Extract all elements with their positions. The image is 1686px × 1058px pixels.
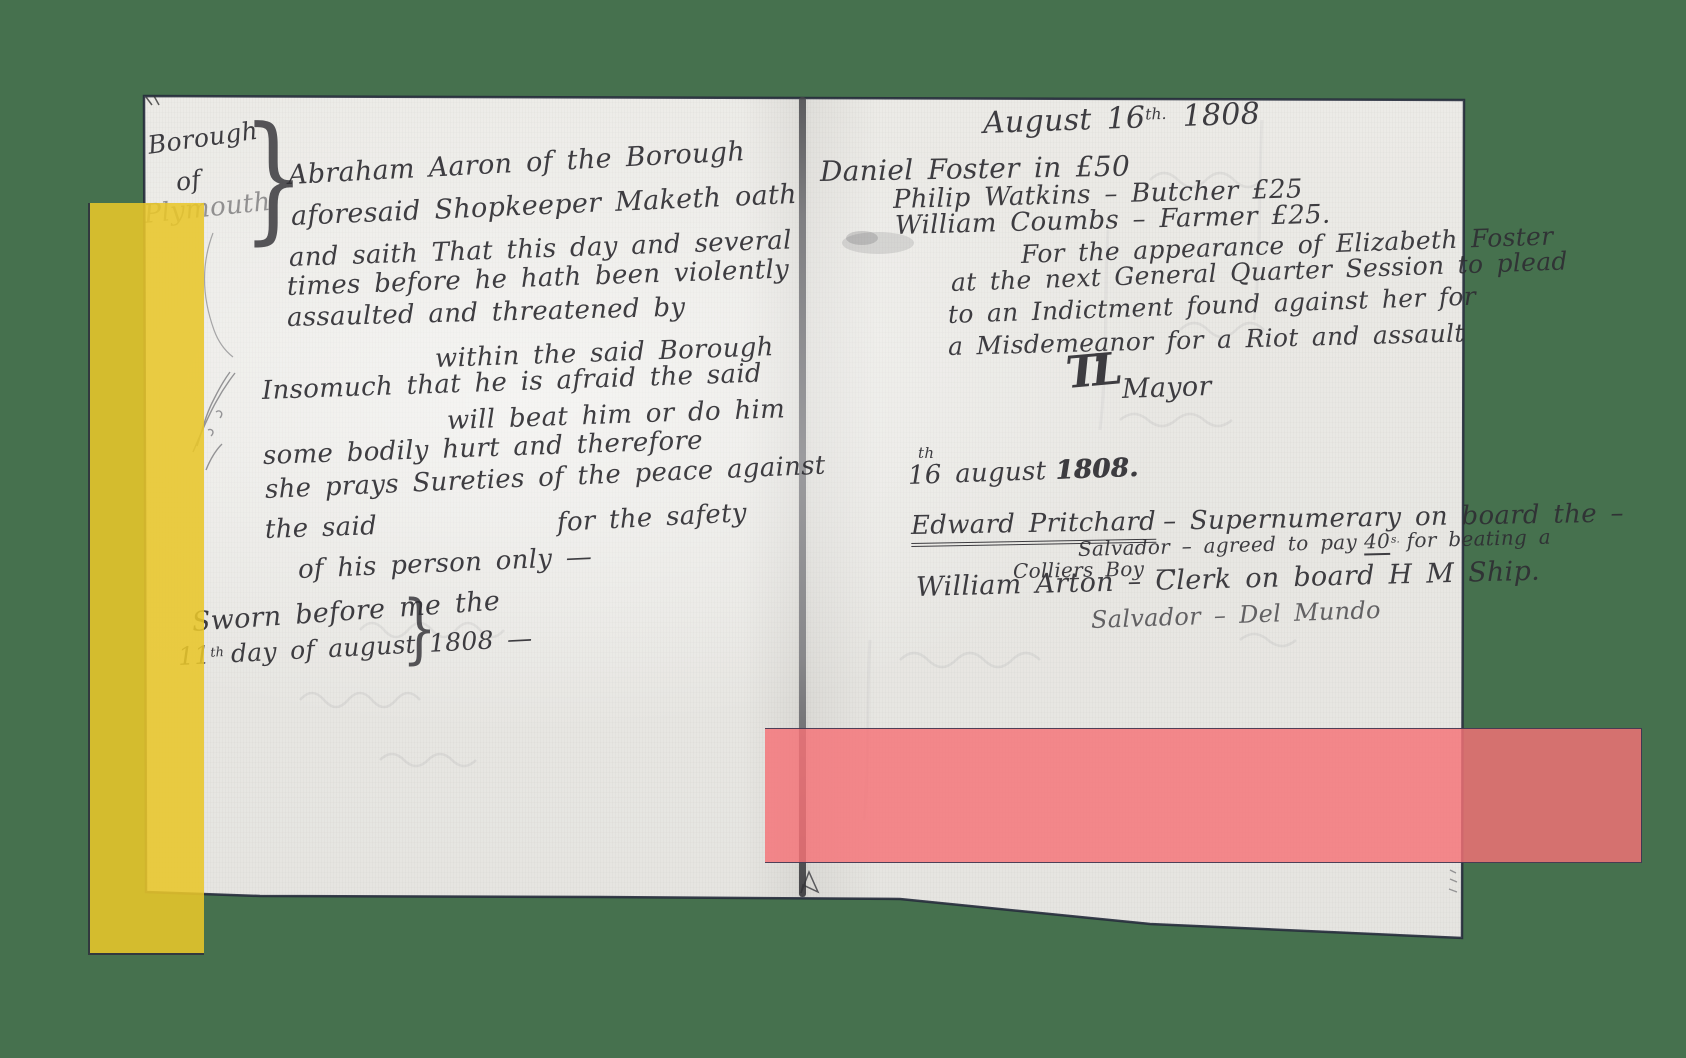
- entry2-date-year: 1808.: [1055, 453, 1139, 486]
- date-header-year: 1808: [1182, 96, 1261, 134]
- pink-overlay-rect: [765, 728, 1642, 863]
- entry2-subject2: William Arton – Clerk on board H M Ship.: [916, 556, 1541, 603]
- margin-place-line2: of: [174, 165, 203, 197]
- date-header: August 16th.1808: [982, 96, 1260, 141]
- date-header-prefix: August 16: [982, 100, 1145, 141]
- entry2-note-amount: 40: [1364, 529, 1391, 556]
- archival-document-canvas: Borough of Plymouth } Abraham Aaron of t…: [0, 0, 1686, 1058]
- entry2-note-post: for beating a: [1406, 525, 1551, 553]
- oath-line-13: of his person only —: [297, 542, 592, 585]
- entry2-note-amount-sup: s.: [1391, 533, 1400, 545]
- entry2-date: 16 august1808.: [907, 453, 1138, 491]
- handwriting-layer: Borough of Plymouth } Abraham Aaron of t…: [0, 0, 1686, 1058]
- mayor-monogram: TL: [1064, 344, 1118, 399]
- oath-line-12: for the safety: [556, 498, 747, 538]
- jurat-day-ordinal: th: [210, 645, 224, 661]
- date-header-ordinal: th.: [1145, 105, 1167, 124]
- entry2-subject2-note: Salvador – Del Mundo: [1091, 596, 1382, 634]
- entry2-date-text: 16 august: [907, 456, 1046, 491]
- yellow-overlay-rect: [88, 203, 204, 955]
- mayor-title: Mayor: [1121, 371, 1212, 405]
- oath-line-1: Abraham Aaron of the Borough: [287, 136, 746, 191]
- oath-line-11: the said: [264, 511, 377, 545]
